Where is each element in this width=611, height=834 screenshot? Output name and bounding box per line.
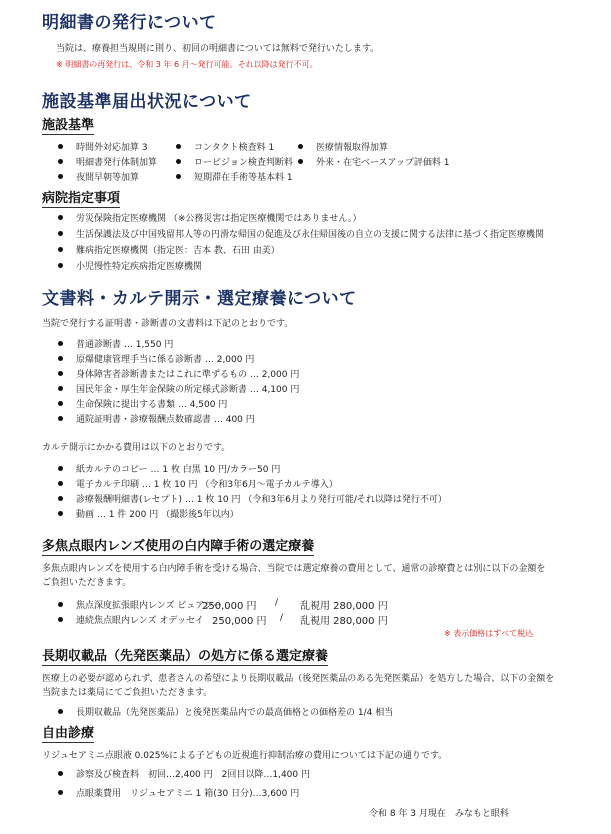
bullet-icon [58,215,63,220]
bullet-icon [58,247,63,252]
choki-text-2: 当院または薬局にてご負担いただきます。 [42,685,212,698]
bullet-icon [58,356,63,361]
list-item: 難病指定医療機関（指定医：吉本 教、石田 由美） [58,243,280,256]
bullet-icon [58,466,63,471]
bullet-icon [58,159,63,164]
section-title-shisetsu: 施設基準届出状況について [42,87,252,112]
bullet-icon [58,371,63,376]
bullet-icon [58,144,63,149]
bullet-icon [176,174,181,179]
list-item: 通院証明書・診療報酬点数確認書 … 400 円 [58,412,255,425]
price-toric: 乱視用 280,000 円 [300,597,388,612]
subheading-tashoten: 多焦点眼内レンズ使用の白内障手術の選定療養 [42,535,314,556]
list-item: 診療報酬明細書(レセプト) … 1 枚 10 円 （令和3年6月より発行可能/そ… [58,492,447,505]
tashoten-text-2: ご負担いただきます。 [42,575,131,588]
bullet-icon [176,144,181,149]
meisai-note: ※ 明細書の再発行は、令和 3 年 6 月～発行可能。それ以降は発行不可。 [56,59,318,70]
choki-text-1: 医療上の必要が認められず、患者さんの希望により長期収載品（後発医薬品のある先発医… [42,671,554,684]
bullet-icon [58,617,63,622]
bullet-icon [58,790,63,795]
list-item: 時間外対応加算 3 [58,140,148,153]
list-item: 国民年金・厚生年金保険の所定様式診断書 … 4,100 円 [58,382,299,395]
bullet-icon [298,144,303,149]
list-item: 普通診断書 … 1,550 円 [58,337,173,350]
subheading-choki: 長期収載品（先発医薬品）の処方に係る選定療養 [42,645,328,666]
list-item: コンタクト検査料 1 [176,140,274,153]
bullet-icon [58,511,63,516]
list-item: 点眼薬費用 リジュセアミニ 1 箱(30 日分)…3,600 円 [58,786,299,799]
price: 250,000 円 [202,597,257,612]
list-item: 夜間早朝等加算 [58,170,139,183]
bullet-icon [58,416,63,421]
list-item: 焦点深度拡張眼内レンズ ピュアシー [58,598,222,611]
subheading-kijun: 施設基準 [42,114,94,135]
list-item: ロービジョン検査判断料 [176,155,293,168]
list-item: 生活保護法及び中国残留邦人等の円滑な帰国の促進及び永住帰国後の自立の支援に関する… [58,227,544,240]
bullet-icon [298,159,303,164]
bunsho-intro: 当院で発行する証明書・診断書の文書料は下記のとおりです。 [42,316,293,329]
list-item: 診察及び検査料 初回…2,400 円 2回目以降…1,400 円 [58,767,310,780]
footer-date-clinic: 令和 8 年 3 月現在 みなもと眼科 [369,806,509,819]
subheading-jiyu: 自由診療 [42,722,94,743]
jiyu-text: リジュセアミニ点眼液 0.025%による子どもの近視進行抑制治療の費用については… [42,748,447,761]
list-item: 動画 … 1 件 200 円 （撮影後5年以内） [58,507,239,520]
list-item: 紙カルテのコピー … 1 枚 白黒 10 円/カラー50 円 [58,462,280,475]
list-item: 外来・在宅ベースアップ評価料 1 [298,155,450,168]
list-item: 原爆健康管理手当に係る診断書 … 2,000 円 [58,352,254,365]
price: 250,000 円 [212,612,267,627]
karte-intro: カルテ開示にかかる費用は以下のとおりです。 [42,440,230,453]
bullet-icon [58,481,63,486]
list-item: 労災保険指定医療機関 （※公務災害は指定医療機関ではありません。） [58,211,361,224]
price-toric: 乱視用 280,000 円 [300,612,388,627]
bullet-icon [58,602,63,607]
bullet-icon [58,709,63,714]
separator: / [275,598,278,608]
subheading-shitei: 病院指定事項 [42,187,120,208]
section-title-meisai: 明細書の発行について [42,8,217,33]
list-item: 小児慢性特定疾病指定医療機関 [58,259,202,272]
bullet-icon [58,401,63,406]
bullet-icon [176,159,181,164]
list-item: 生命保険に提出する書類 … 4,500 円 [58,397,227,410]
tashoten-text-1: 多焦点眼内レンズを使用する白内障手術を受ける場合、当院では選定療養の費用として、… [42,561,545,574]
list-item: 身体障害者診断書またはこれに準ずるもの … 2,000 円 [58,367,299,380]
list-item: 短期滞在手術等基本料 1 [176,170,293,183]
bullet-icon [58,771,63,776]
bullet-icon [58,386,63,391]
list-item: 明細書発行体制加算 [58,155,157,168]
bullet-icon [58,174,63,179]
bullet-icon [58,341,63,346]
list-item: 電子カルテ印刷 … 1 枚 10 円 （令和3年6月～電子カルテ導入） [58,477,338,490]
tax-note: ※ 表示価格はすべて税込 [444,628,533,639]
bullet-icon [58,496,63,501]
list-item: 長期収載品（先発医薬品）と後発医薬品内での最高価格との価格差の 1/4 相当 [58,705,393,718]
separator: / [280,613,283,623]
list-item: 医療情報取得加算 [298,140,388,153]
meisai-text: 当院は、療養担当規則に則り、初回の明細書については無料で発行いたします。 [56,41,379,54]
bullet-icon [58,263,63,268]
bullet-icon [58,231,63,236]
section-title-bunsho: 文書料・カルテ開示・選定療養について [42,284,357,309]
list-item: 連続焦点眼内レンズ オデッセイ [58,613,204,626]
